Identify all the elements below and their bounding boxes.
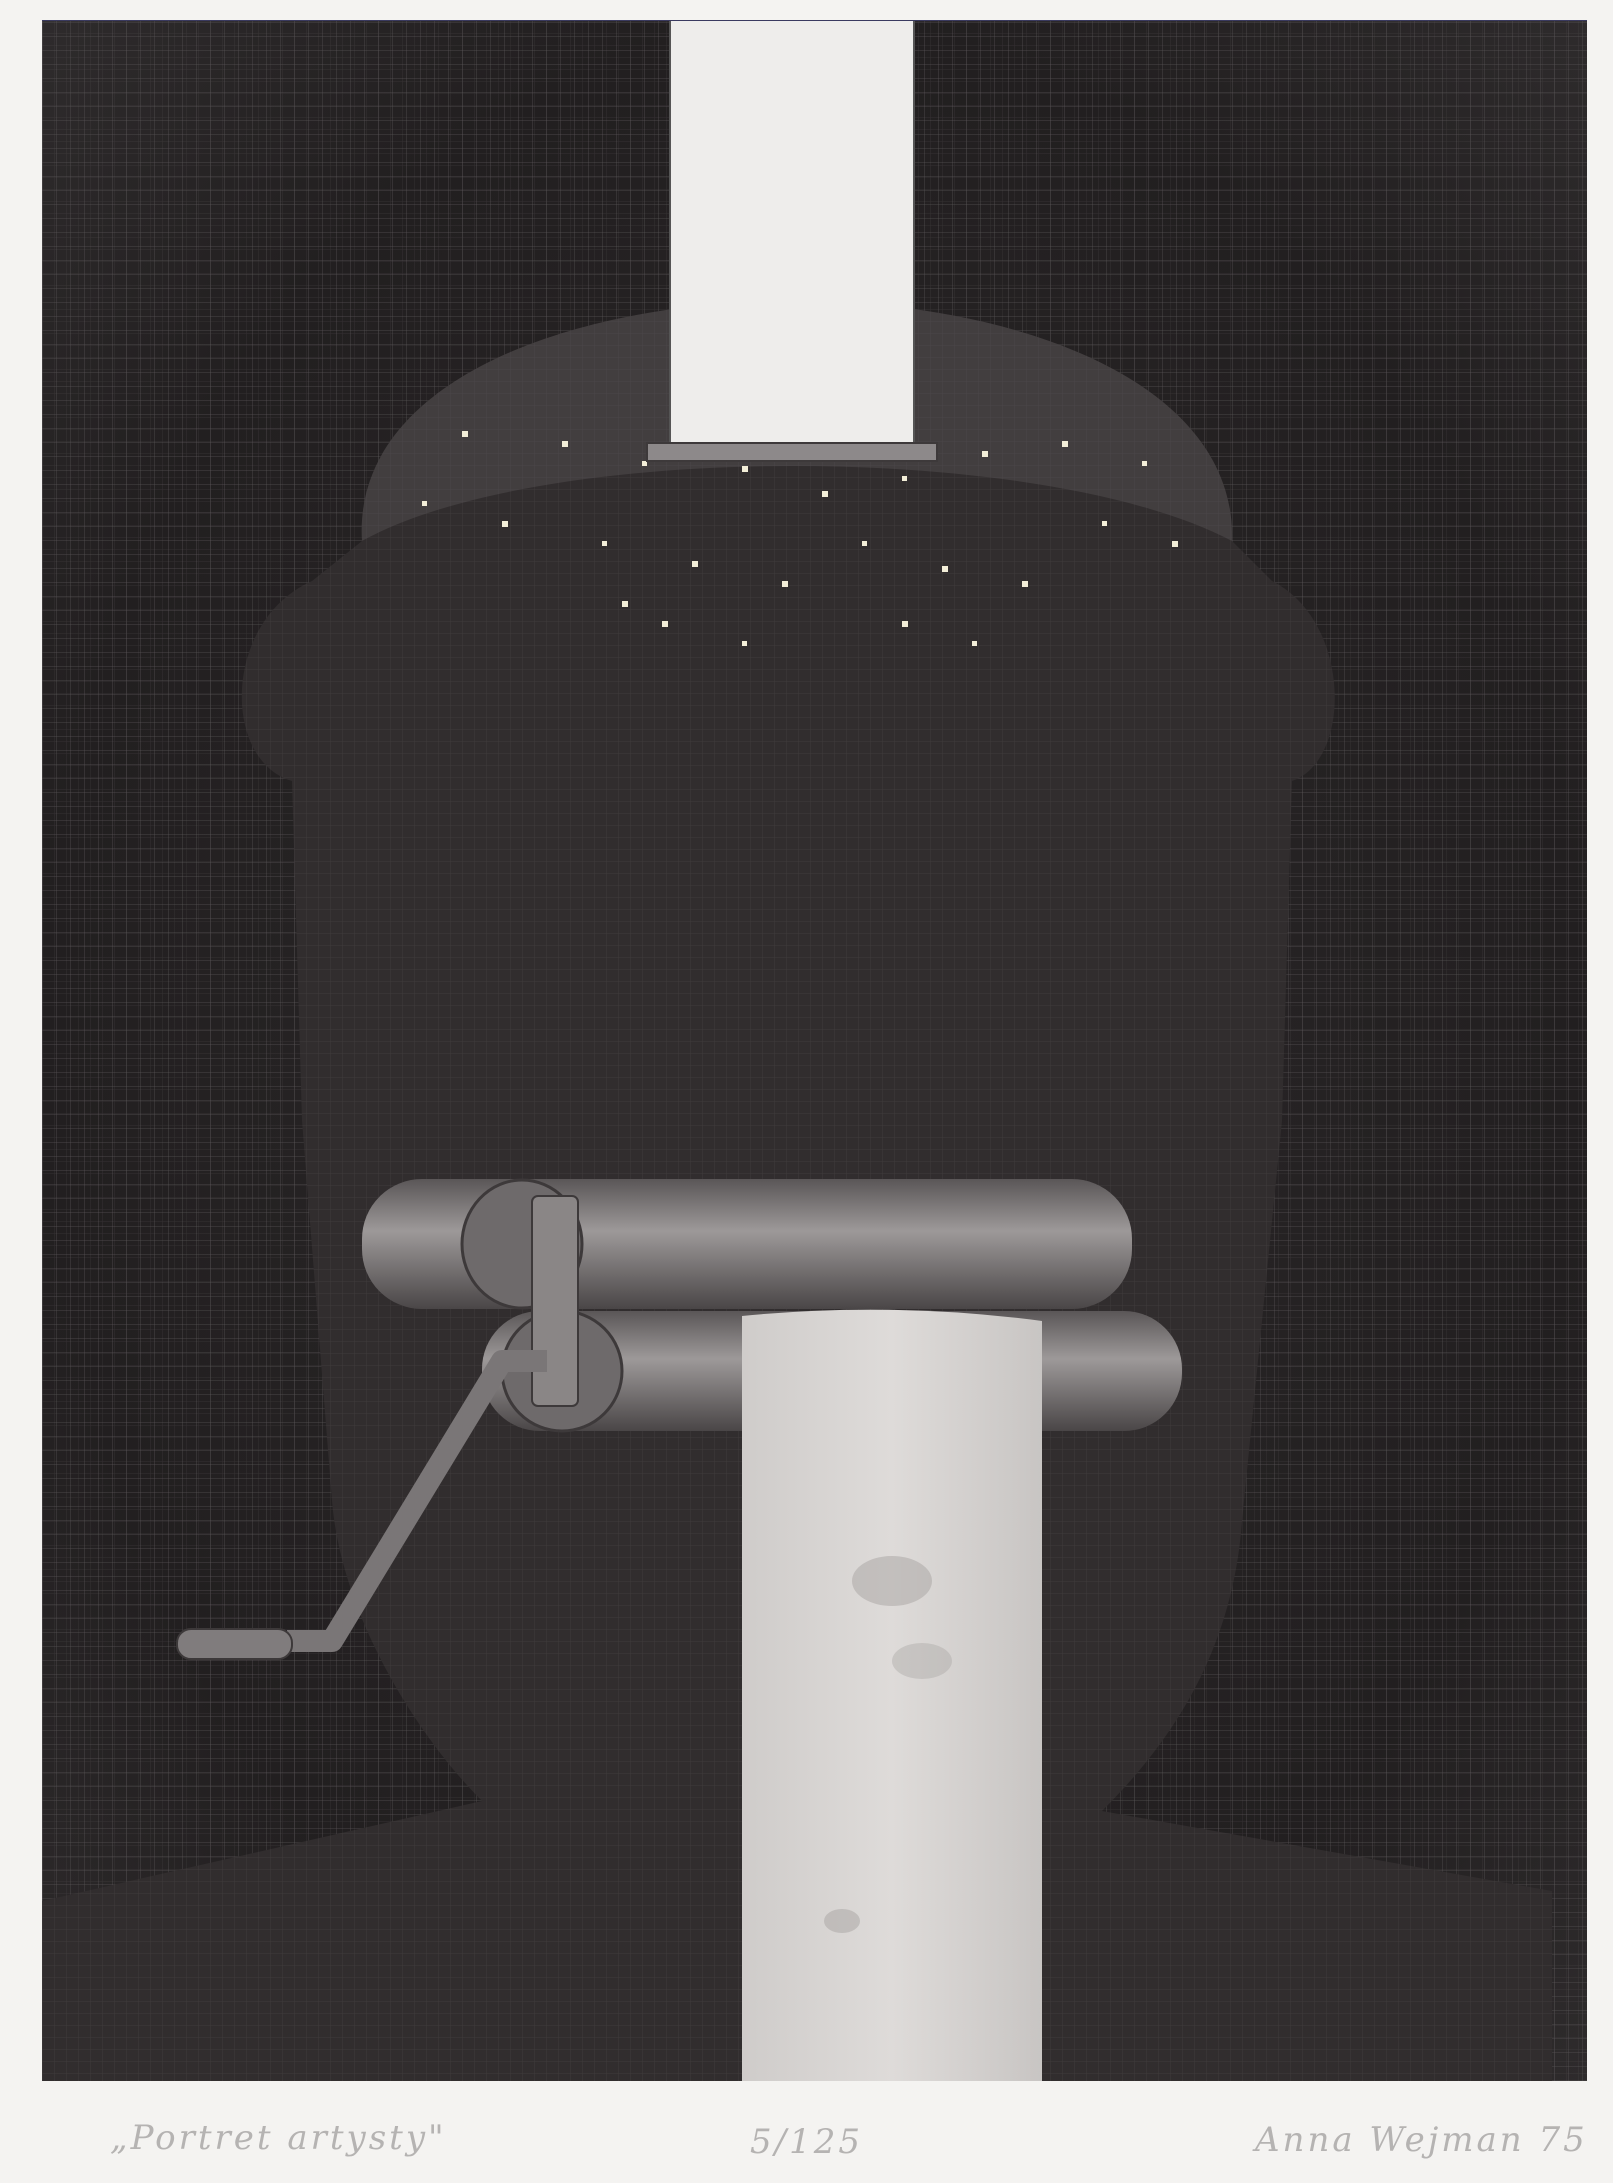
artist-signature: Anna Wejman 75 bbox=[1255, 2120, 1588, 2160]
etching-plate bbox=[42, 20, 1587, 2081]
artwork-image bbox=[42, 21, 1587, 2081]
output-paper-strip bbox=[742, 1310, 1042, 2081]
edition-number: 5/125 bbox=[750, 2122, 863, 2162]
artwork-title-inscription: „Portret artysty" bbox=[110, 2118, 447, 2158]
top-paper-strip bbox=[647, 21, 937, 461]
